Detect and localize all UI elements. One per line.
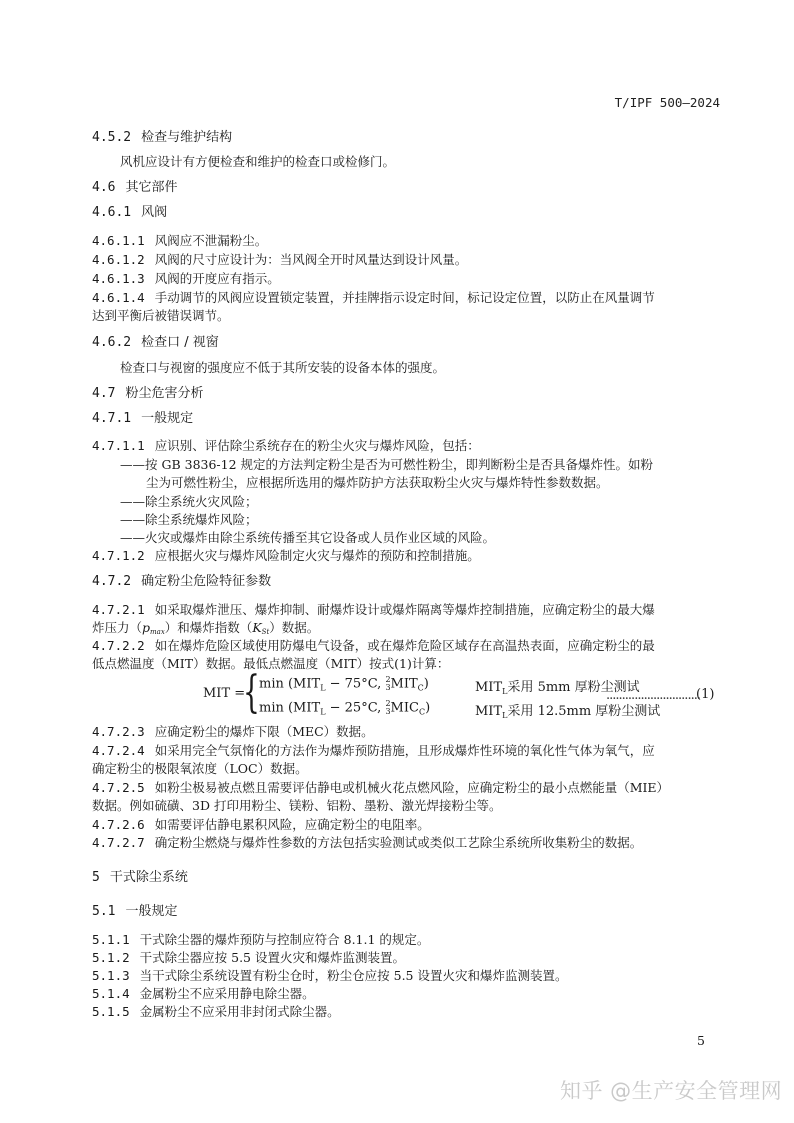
clause-4-7-1-2: 4.7.1.2应根据火灾与爆炸风险制定火灾与爆炸的预防和控制措施。: [92, 547, 722, 565]
formula-mit: MIT = { min (MITL − 75°C, 23MITC) MITL采用…: [203, 672, 723, 722]
list-item-cont: 尘为可燃性粉尘，应根据所选用的爆炸防护方法获取粉尘火灾与爆炸特性参数数据。: [146, 474, 776, 492]
clause-4-7-2-5-cont: 数据。例如硫磺、3D 打印用粉尘、镁粉、铝粉、墨粉、激光焊接粉尘等。: [92, 797, 722, 815]
heading-4-6-2: 4.6.2检查口 / 视窗: [92, 334, 722, 352]
heading-4-6: 4.6其它部件: [92, 179, 722, 197]
list-item: ——按 GB 3836-12 规定的方法判定粉尘是否为可燃性粉尘，即判断粉尘是否…: [120, 456, 750, 474]
clause-4-6-1-1: 4.6.1.1风阀应不泄漏粉尘。: [92, 232, 722, 250]
formula-lhs: MIT =: [203, 686, 245, 701]
clause-4-7-2-1: 4.7.2.1如采取爆炸泄压、爆炸抑制、耐爆炸设计或爆炸隔离等爆炸控制措施，应确…: [92, 601, 722, 619]
paragraph-4-5-2: 风机应设计有方便检查和维护的检查口或检修门。: [120, 153, 750, 171]
formula-leader-dots: ..............................: [606, 688, 700, 703]
left-brace-icon: {: [243, 668, 260, 718]
clause-5-1-3: 5.1.3当干式除尘系统设置有粉尘仓时，粉尘仓应按 5.5 设置火灾和爆炸监测装…: [92, 967, 722, 985]
heading-5-1: 5.1一般规定: [92, 903, 722, 921]
heading-4-5-2: 4.5.2检查与维护结构: [92, 129, 722, 147]
clause-4-7-2-6: 4.7.2.6如需要评估静电累积风险，应确定粉尘的电阻率。: [92, 816, 722, 834]
clause-4-7-1-1: 4.7.1.1应识别、评估除尘系统存在的粉尘火灾与爆炸风险，包括：: [92, 437, 722, 455]
document-page: T/IPF 500—2024 4.5.2检查与维护结构 风机应设计有方便检查和维…: [0, 0, 794, 1123]
formula-case-2-note: MITL采用 12.5mm 厚粉尘测试: [475, 700, 660, 720]
clause-4-6-1-4: 4.6.1.4手动调节的风阀应设置锁定装置，并挂牌指示设定时间，标记设定位置，以…: [92, 289, 722, 307]
list-item: ——除尘系统火灾风险；: [120, 493, 750, 511]
clause-4-7-2-3: 4.7.2.3应确定粉尘的爆炸下限（MEC）数据。: [92, 723, 722, 741]
clause-4-6-1-4-cont: 达到平衡后被错误调节。: [92, 307, 722, 325]
heading-5: 5干式除尘系统: [92, 869, 722, 887]
clause-5-1-4: 5.1.4金属粉尘不应采用静电除尘器。: [92, 985, 722, 1003]
clause-4-6-1-3: 4.6.1.3风阀的开度应有指示。: [92, 270, 722, 288]
clause-5-1-2: 5.1.2干式除尘器应按 5.5 设置火灾和爆炸监测装置。: [92, 949, 722, 967]
formula-case-1: min (MITL − 75°C, 23MITC) MITL采用 5mm 厚粉尘…: [259, 676, 429, 693]
heading-4-7-1: 4.7.1一般规定: [92, 410, 722, 428]
clause-4-6-1-2: 4.6.1.2风阀的尺寸应设计为：当风阀全开时风量达到设计风量。: [92, 251, 722, 269]
document-code: T/IPF 500—2024: [615, 95, 720, 110]
equation-number: (1): [696, 687, 714, 702]
clause-4-7-2-2-cont: 低点燃温度（MIT）数据。最低点燃温度（MIT）按式(1)计算：: [92, 655, 722, 673]
list-item: ——除尘系统爆炸风险；: [120, 511, 750, 529]
clause-4-7-2-7: 4.7.2.7确定粉尘燃烧与爆炸性参数的方法包括实验测试或类似工艺除尘系统所收集…: [92, 834, 722, 852]
watermark: 知乎 @生产安全管理网: [560, 1075, 782, 1105]
clause-4-7-2-4-cont: 确定粉尘的极限氧浓度（LOC）数据。: [92, 760, 722, 778]
clause-4-7-2-4: 4.7.2.4如采用完全气氛惰化的方法作为爆炸预防措施，且形成爆炸性环境的氧化性…: [92, 742, 722, 760]
heading-4-6-1: 4.6.1风阀: [92, 204, 722, 222]
heading-4-7-2: 4.7.2确定粉尘危险特征参数: [92, 573, 722, 591]
clause-5-1-1: 5.1.1干式除尘器的爆炸预防与控制应符合 8.1.1 的规定。: [92, 931, 722, 949]
list-item: ——火灾或爆炸由除尘系统传播至其它设备或人员作业区域的风险。: [120, 529, 750, 547]
clause-4-7-2-2: 4.7.2.2如在爆炸危险区域使用防爆电气设备，或在爆炸危险区域存在高温热表面，…: [92, 637, 722, 655]
clause-5-1-5: 5.1.5金属粉尘不应采用非封闭式除尘器。: [92, 1003, 722, 1021]
heading-4-7: 4.7粉尘危害分析: [92, 385, 722, 403]
page-number: 5: [697, 1033, 705, 1048]
clause-4-7-2-5: 4.7.2.5如粉尘极易被点燃且需要评估静电或机械火花点燃风险，应确定粉尘的最小…: [92, 779, 722, 797]
formula-case-2: min (MITL − 25°C, 23MICC) MITL采用 12.5mm …: [259, 700, 430, 717]
paragraph-4-6-2: 检查口与视窗的强度应不低于其所安装的设备本体的强度。: [120, 359, 750, 377]
